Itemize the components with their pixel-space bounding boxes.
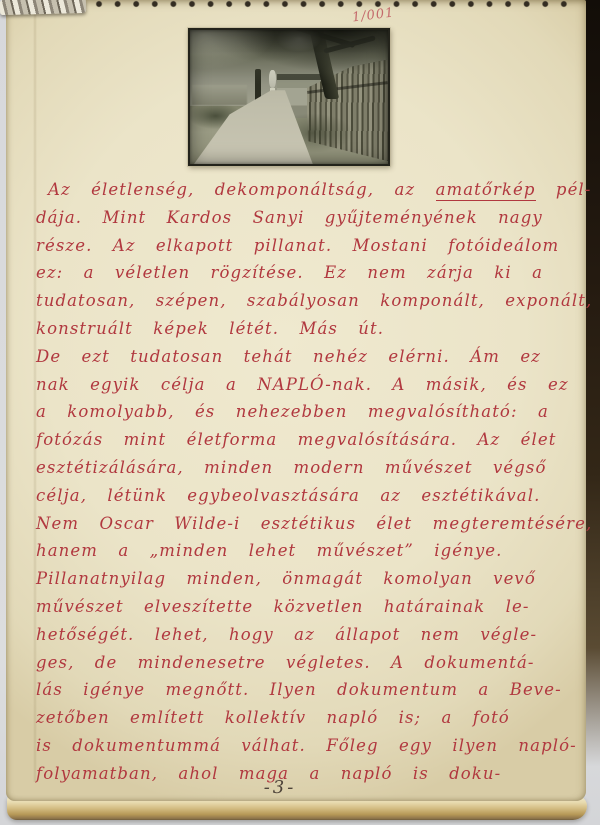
text-line: ez: a véletlen rögzítése. Ez nem zárja k… (36, 259, 581, 287)
photo-vignette (190, 30, 388, 164)
text-line: Az életlenség, dekomponáltság, az amatőr… (36, 176, 581, 204)
text-line: De ezt tudatosan tehát nehéz elérni. Ám … (36, 343, 581, 371)
text-line: célja, létünk egybeolvasztására az eszté… (36, 482, 581, 510)
text-line: dája. Mint Kardos Sanyi gyűjteményének n… (36, 204, 581, 232)
text-line: is dokumentummá válhat. Főleg egy ilyen … (36, 732, 581, 760)
text-line: esztétizálására, minden modern művészet … (36, 454, 581, 482)
text-line: konstruált képek létét. Más út. (36, 315, 581, 343)
handwritten-text: Az életlenség, dekomponáltság, az amatőr… (36, 176, 581, 788)
text-line: ges, de mindenesetre végletes. A dokumen… (36, 649, 581, 677)
scanned-notebook-page: 1/001 Az életlenség, dekomponáltság, az … (0, 0, 600, 825)
text-line: művészet elveszítette közvetlen határain… (36, 593, 581, 621)
text-segment: Az életlenség, dekomponáltság, az (48, 180, 436, 199)
text-line: hanem a „minden lehet művészet” igénye. (36, 537, 581, 565)
text-line: része. Az elkapott pillanat. Mostani fot… (36, 232, 581, 260)
text-line: lás igénye megnőtt. Ilyen dokumentum a B… (36, 676, 581, 704)
text-line: tudatosan, szépen, szabályosan komponált… (36, 287, 581, 315)
binding-clip (0, 0, 86, 15)
binding-holes (90, 0, 570, 10)
text-line: Nem Oscar Wilde-i esztétikus élet megter… (36, 510, 581, 538)
text-line: zetőben említett kollektív napló is; a f… (36, 704, 581, 732)
page-number: -3- (190, 777, 370, 798)
text-line: a komolyabb, és nehezebben megvalósíthat… (36, 398, 581, 426)
text-line: nak egyik célja a NAPLÓ-nak. A másik, és… (36, 371, 581, 399)
garden-path-photo (188, 28, 390, 166)
text-line: Pillanatnyilag minden, önmagát komolyan … (36, 565, 581, 593)
text-line: hetőségét. lehet, hogy az állapot nem vé… (36, 621, 581, 649)
text-line: fotózás mint életforma megvalósítására. … (36, 426, 581, 454)
text-segment: pél- (536, 180, 592, 199)
underlined-word: amatőrkép (436, 180, 536, 201)
